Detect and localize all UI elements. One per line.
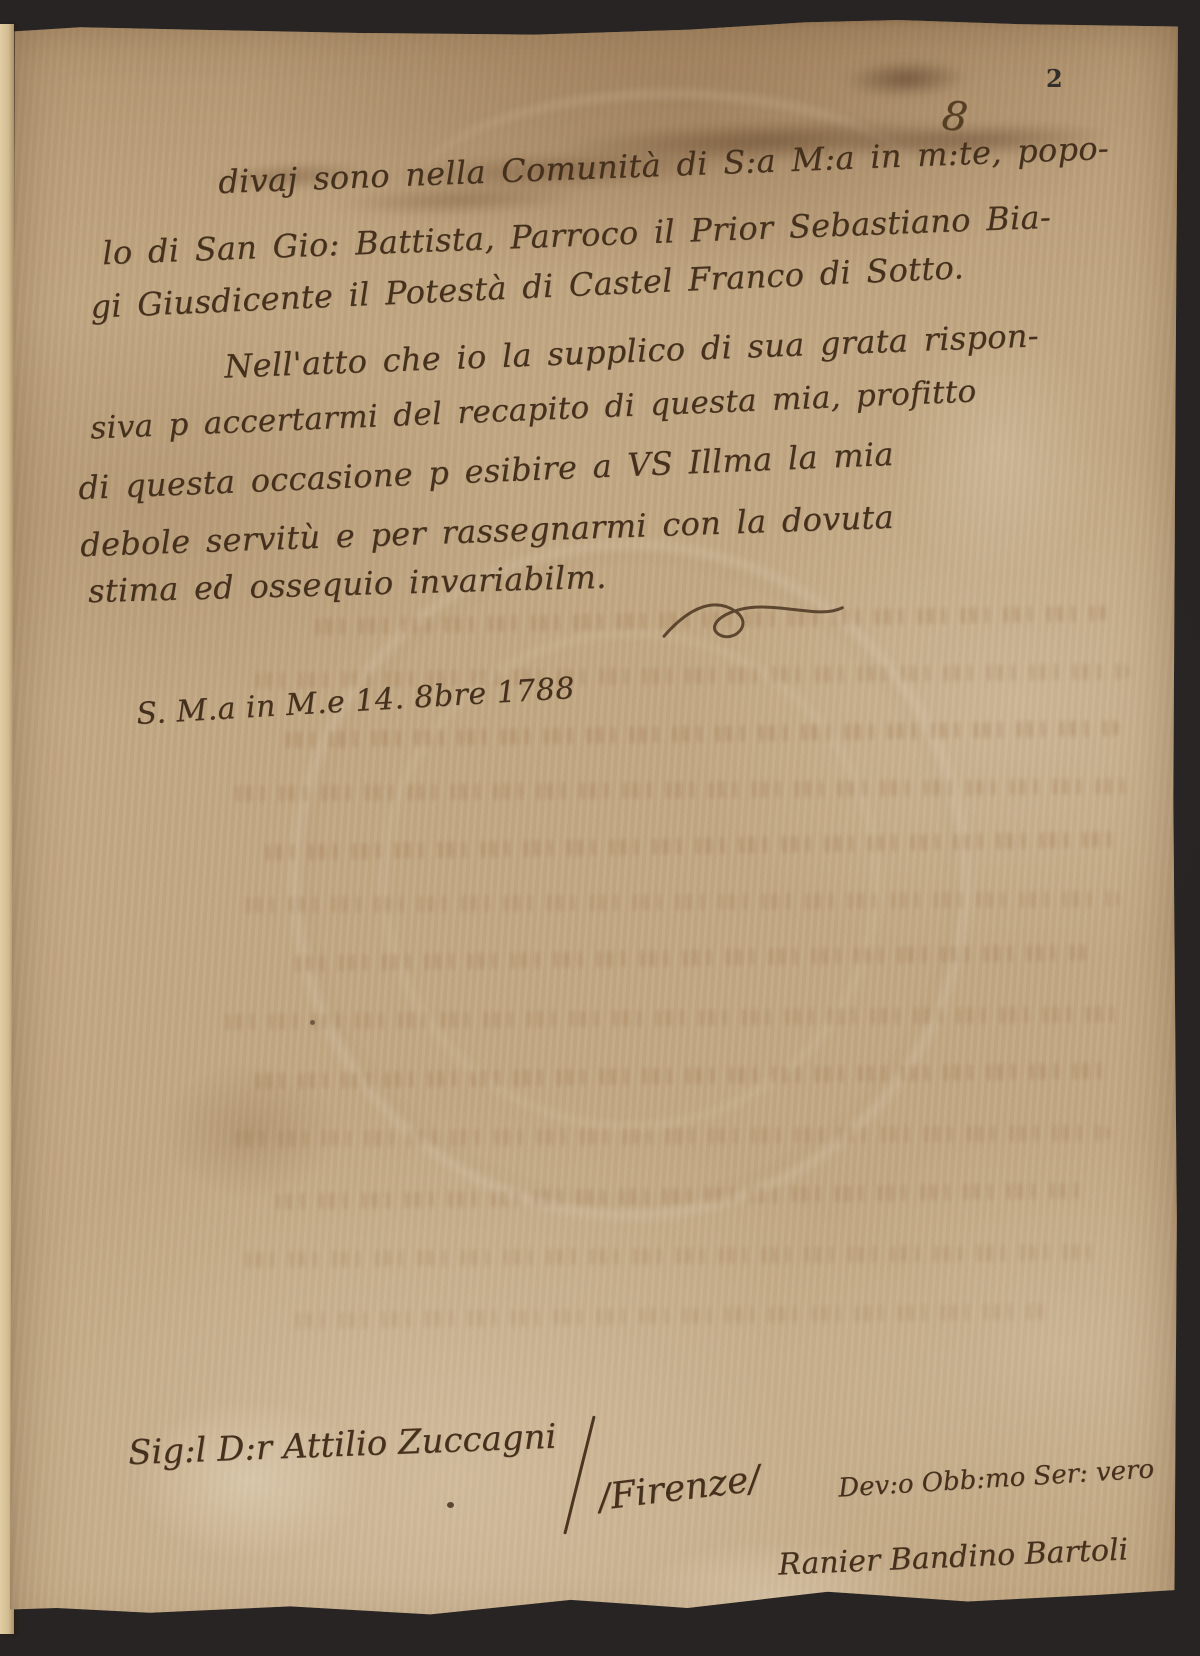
stain	[890, 320, 1110, 580]
pen-stroke	[563, 1415, 595, 1534]
ink-speck	[310, 1020, 315, 1025]
letter-line-5: siva p accertarmi del recapito di questa…	[90, 373, 978, 446]
ink-bleed-smudge	[307, 36, 1142, 225]
place-line: /Firenze/	[596, 1458, 763, 1519]
bleedthrough-line	[290, 1303, 1050, 1328]
letter-line-7: debole servitù e per rassegnarmi con la …	[80, 498, 895, 564]
valediction: Dev:o Obb:mo Ser: vero	[837, 1454, 1155, 1503]
bleedthrough-line	[240, 1244, 1100, 1268]
letter-line-6: di questa occasione p esibire a VS Illma…	[78, 435, 895, 507]
bleedthrough-line	[230, 1125, 1110, 1147]
signature: Ranier Bandino Bartoli	[777, 1532, 1128, 1582]
ink-speck	[447, 1502, 454, 1508]
manuscript-page: 2 8 divaj sono nella Comunità di S:a M:a…	[10, 20, 1178, 1642]
stain	[160, 1060, 340, 1200]
page-number: 2	[1046, 64, 1063, 93]
scan-background: 2 8 divaj sono nella Comunità di S:a M:a…	[0, 0, 1200, 1656]
stain	[130, 1400, 370, 1560]
